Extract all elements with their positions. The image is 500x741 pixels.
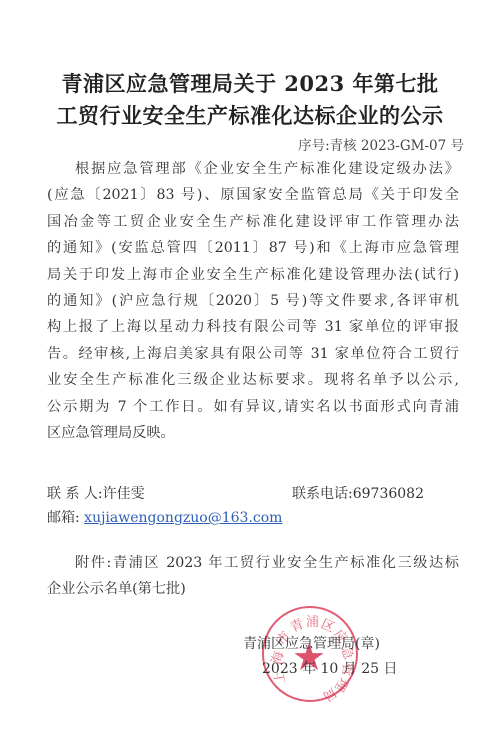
document-title-line-2: 工贸行业安全生产标准化达标企业的公示 xyxy=(0,100,500,130)
body-line: 构上报了上海以星动力科技有限公司等 31 家单位的评审报 xyxy=(47,314,459,340)
attachment-paragraph: 附件:青浦区 2023 年工贸行业安全生产标准化三级达标 企业公示名单(第七批) xyxy=(47,550,459,603)
body-line: (应急〔2021〕83 号)、原国家安全监管总局《关于印发全 xyxy=(47,182,459,208)
signature-organization: 青浦区应急管理局(章) xyxy=(243,633,380,653)
body-line: 的通知》(安监总管四〔2011〕87 号)和《上海市应急管理 xyxy=(47,235,459,261)
body-line: 局关于印发上海市企业安全生产标准化建设管理办法(试行) xyxy=(47,262,459,288)
contact-phone: 联系电话:69736082 xyxy=(292,483,424,503)
official-seal: 上 海 市 青 浦 区 应 急 管 理 局 ★ xyxy=(262,606,358,702)
contact-email: 邮箱: xujiawengongzuo@163.com xyxy=(47,507,282,527)
contact-person: 联 系 人:许佳雯 xyxy=(47,483,145,503)
email-link[interactable]: xujiawengongzuo@163.com xyxy=(84,510,282,526)
contact-person-label: 联 系 人: xyxy=(47,486,103,502)
contact-phone-number: 69736082 xyxy=(353,486,424,502)
body-line: 业安全生产标准化三级企业达标要求。现将名单予以公示, xyxy=(47,367,459,393)
serial-number: 序号:青核 2023-GM-07 号 xyxy=(298,134,464,154)
body-paragraph: 根据应急管理部《企业安全生产标准化建设定级办法》 (应急〔2021〕83 号)、… xyxy=(47,156,459,446)
body-line: 区应急管理局反映。 xyxy=(47,420,459,446)
contact-person-name: 许佳雯 xyxy=(103,486,145,502)
signature-date: 2023 年 10 月 25 日 xyxy=(262,658,398,678)
document-title-line-1: 青浦区应急管理局关于 2023 年第七批 xyxy=(0,68,500,98)
body-line: 告。经审核,上海启美家具有限公司等 31 家单位符合工贸行 xyxy=(47,341,459,367)
attachment-line: 企业公示名单(第七批) xyxy=(47,576,459,602)
body-line: 公示期为 7 个工作日。如有异议,请实名以书面形式向青浦 xyxy=(47,394,459,420)
attachment-line: 附件:青浦区 2023 年工贸行业安全生产标准化三级达标 xyxy=(47,550,459,576)
body-line: 根据应急管理部《企业安全生产标准化建设定级办法》 xyxy=(47,156,459,182)
body-line: 国冶金等工贸企业安全生产标准化建设评审工作管理办法 xyxy=(47,209,459,235)
body-line: 的通知》(沪应急行规〔2020〕5 号)等文件要求,各评审机 xyxy=(47,288,459,314)
contact-email-label: 邮箱: xyxy=(47,510,80,526)
contact-phone-label: 联系电话: xyxy=(292,486,353,502)
